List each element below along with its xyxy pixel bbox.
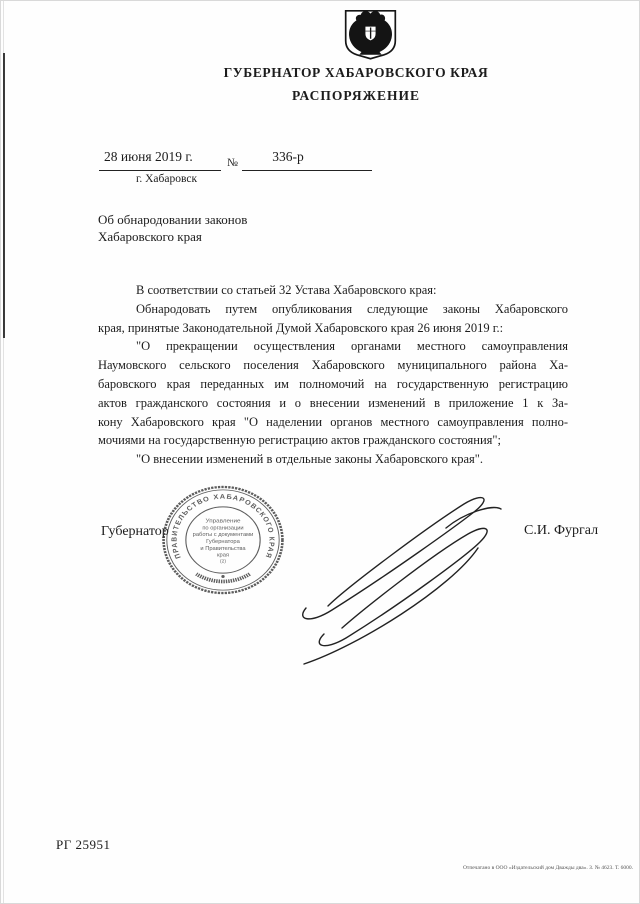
body-line: края, принятые Законодательной Думой Хаб… — [98, 319, 568, 338]
number-underline — [242, 170, 372, 171]
stamp-center-line: края — [217, 553, 229, 559]
city-label: г. Хабаровск — [99, 173, 234, 185]
signer-name: С.И. Фургал — [524, 523, 598, 539]
stamp-center-line: Губернатора — [206, 539, 241, 545]
number-sign: № — [227, 157, 238, 169]
stamp-center-line: (2) — [220, 559, 226, 564]
coat-of-arms-icon — [342, 8, 399, 61]
body-line: мочиями на государственную регистрацию а… — [98, 431, 568, 450]
org-title: ГУБЕРНАТОР ХАБАРОВСКОГО КРАЯ — [73, 65, 639, 81]
body-line: актов гражданского состояния и о внесени… — [98, 394, 568, 413]
body-line: Наумовского сельского поселения Хабаровс… — [98, 356, 568, 375]
body-line: "О прекращении осуществления органами ме… — [98, 337, 568, 356]
stamp-center-line: Управление — [205, 519, 241, 525]
body-line: В соответствии со статьей 32 Устава Хаба… — [98, 281, 568, 300]
signature-scribble — [296, 488, 516, 668]
doc-type-title: РАСПОРЯЖЕНИЕ — [73, 88, 639, 104]
body-line: баровского края переданных им полномочий… — [98, 375, 568, 394]
number-value: 336-р — [242, 149, 334, 165]
body-line: кону Хабаровского края "О наделении орга… — [98, 413, 568, 432]
official-stamp: ПРАВИТЕЛЬСТВО ХАБАРОВСКОГО КРАЯ Управлен… — [158, 482, 288, 598]
stamp-center-line: и Правительства — [200, 546, 246, 552]
document-page: ГУБЕРНАТОР ХАБАРОВСКОГО КРАЯ РАСПОРЯЖЕНИ… — [0, 0, 640, 904]
subject-line-1: Об обнародовании законов — [98, 212, 247, 229]
imprint-line: Отпечатано в ООО «Издательский дом Дважд… — [463, 865, 633, 871]
date-underline — [99, 170, 221, 171]
stamp-separator-dot — [221, 575, 224, 578]
body-line: "О внесении изменений в отдельные законы… — [98, 450, 568, 469]
body-line: Обнародовать путем опубликования следующ… — [98, 300, 568, 319]
doc-code: РГ 25951 — [56, 837, 111, 853]
date-value: 28 июня 2019 г. — [104, 149, 193, 165]
stamp-center-line: работы с документами — [193, 532, 254, 538]
stamp-center-line: по организации — [202, 526, 243, 532]
body-text: В соответствии со статьей 32 Устава Хаба… — [98, 281, 568, 469]
subject-block: Об обнародовании законов Хабаровского кр… — [98, 212, 247, 245]
scan-artifact-line-faint — [3, 1, 4, 904]
subject-line-2: Хабаровского края — [98, 229, 247, 246]
